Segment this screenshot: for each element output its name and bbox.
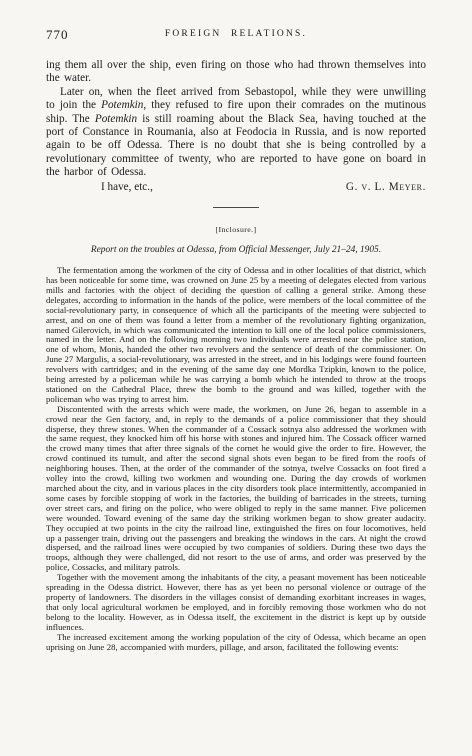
signoff-row: I have, etc., G. v. L. Meyer. xyxy=(46,181,426,194)
letter-paragraph: Later on, when the fleet arrived from Se… xyxy=(46,86,426,180)
signoff-text: I have, etc., xyxy=(46,181,153,194)
running-title: FOREIGN RELATIONS. xyxy=(46,29,426,39)
ship-name-italic: Potemkin xyxy=(95,113,137,125)
section-divider-rule xyxy=(213,207,259,208)
letter-paragraph-continuation: ing them all over the ship, even firing … xyxy=(46,59,426,86)
inclosure-label: [Inclosure.] xyxy=(46,225,426,234)
report-body: The fermentation among the workmen of th… xyxy=(46,266,426,652)
report-paragraph: The fermentation among the workmen of th… xyxy=(46,266,426,405)
ship-name-italic: Potemkin xyxy=(101,99,143,111)
letter-body: ing them all over the ship, even firing … xyxy=(46,59,426,194)
report-paragraph: Discontented with the arrests which were… xyxy=(46,405,426,573)
book-page: 770 FOREIGN RELATIONS. ing them all over… xyxy=(0,0,472,756)
report-paragraph: Together with the movement among the inh… xyxy=(46,573,426,632)
signature-name: G. v. L. Meyer. xyxy=(346,181,426,194)
inclosure-title: Report on the troubles at Odessa, from O… xyxy=(46,245,426,255)
page-header: 770 FOREIGN RELATIONS. xyxy=(46,27,426,43)
report-paragraph: The increased excitement among the worki… xyxy=(46,633,426,653)
